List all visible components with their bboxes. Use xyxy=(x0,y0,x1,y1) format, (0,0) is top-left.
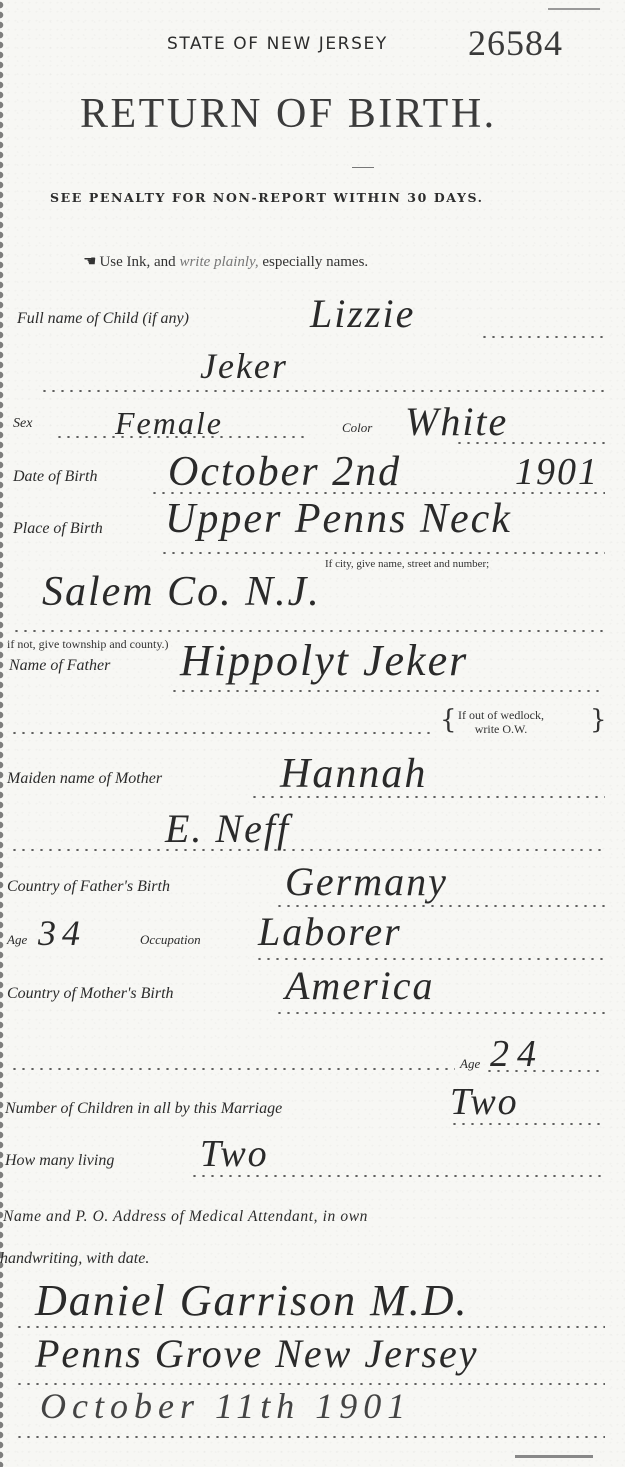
top-rule xyxy=(548,8,600,10)
wedlock-note: If out of wedlock, write O.W. xyxy=(458,708,544,736)
form-title: RETURN OF BIRTH. xyxy=(80,90,497,138)
children-living-value[interactable]: Two xyxy=(200,1132,269,1176)
mother-country-value[interactable]: America xyxy=(285,962,435,1009)
child-name-line xyxy=(480,336,605,338)
birth-return-form: STATE OF NEW JERSEY 26584 RETURN OF BIRT… xyxy=(0,0,625,1467)
father-name-line-2 xyxy=(10,732,435,734)
child-name-last[interactable]: Jeker xyxy=(200,345,288,387)
penalty-notice: SEE PENALTY FOR NON-REPORT WITHIN 30 DAY… xyxy=(50,190,484,205)
township-note: if not, give township and county.) xyxy=(7,637,169,652)
bottom-rule xyxy=(515,1455,593,1458)
occupation-value[interactable]: Laborer xyxy=(258,908,402,955)
date-line xyxy=(15,1436,605,1438)
color-label: Color xyxy=(342,420,372,436)
birth-year-value[interactable]: 1901 xyxy=(515,450,599,494)
children-living-line xyxy=(190,1175,605,1177)
sex-line xyxy=(55,436,305,438)
date-of-birth-value[interactable]: October 2nd xyxy=(168,448,401,496)
mother-age-label: Age xyxy=(460,1056,480,1072)
color-line xyxy=(455,442,605,444)
father-name-value[interactable]: Hippolyt Jeker xyxy=(180,635,468,686)
sex-label: Sex xyxy=(13,416,32,432)
date-of-birth-label: Date of Birth xyxy=(13,468,97,486)
mother-age-line xyxy=(485,1070,605,1072)
ink-instruction: ☛Use Ink, and write plainly, especially … xyxy=(83,252,368,271)
father-country-value[interactable]: Germany xyxy=(285,858,448,905)
father-country-line xyxy=(275,905,605,907)
mother-maiden-name-line2[interactable]: E. Neff xyxy=(165,805,290,852)
brace-left: { xyxy=(440,705,457,735)
mother-country-line xyxy=(275,1012,605,1014)
signature-line xyxy=(15,1326,605,1328)
place-of-birth-line xyxy=(160,552,605,554)
title-divider xyxy=(352,167,374,168)
father-country-label: Country of Father's Birth xyxy=(7,878,170,896)
child-name-label: Full name of Child (if any) xyxy=(17,310,189,328)
children-total-value[interactable]: Two xyxy=(450,1080,519,1124)
mother-maiden-name-label: Maiden name of Mother xyxy=(7,770,162,788)
perforated-edge xyxy=(0,0,7,1467)
mother-name-line-2 xyxy=(10,849,605,851)
color-value[interactable]: White xyxy=(405,398,508,445)
father-age-label: Age xyxy=(7,932,27,948)
place-of-birth-line-2 xyxy=(12,630,605,632)
father-name-label: Name of Father xyxy=(9,657,110,675)
medical-attendant-label-2: handwriting, with date. xyxy=(0,1250,149,1268)
medical-attendant-address[interactable]: Penns Grove New Jersey xyxy=(35,1330,479,1377)
medical-attendant-signature[interactable]: Daniel Garrison M.D. xyxy=(35,1275,469,1326)
place-of-birth-line1[interactable]: Upper Penns Neck xyxy=(165,495,512,543)
child-name-line-2 xyxy=(40,390,605,392)
pointing-hand-icon: ☛ xyxy=(83,252,96,271)
mother-name-line xyxy=(250,796,605,798)
children-total-label: Number of Children in all by this Marria… xyxy=(5,1100,282,1118)
place-of-birth-line2[interactable]: Salem Co. N.J. xyxy=(42,568,321,616)
father-name-line xyxy=(170,690,605,692)
date-of-birth-line xyxy=(150,492,605,494)
city-note: If city, give name, street and number; xyxy=(325,558,489,570)
father-age-value[interactable]: 34 xyxy=(38,912,86,954)
occupation-label: Occupation xyxy=(140,932,201,948)
serial-number: 26584 xyxy=(468,22,563,64)
child-name-first[interactable]: Lizzie xyxy=(310,290,415,337)
children-total-line xyxy=(450,1123,605,1125)
brace-right: } xyxy=(590,705,607,735)
medical-attendant-label-1: Name and P. O. Address of Medical Attend… xyxy=(3,1208,368,1226)
mother-age-line-lead xyxy=(10,1068,455,1070)
mother-maiden-name-line1[interactable]: Hannah xyxy=(280,750,427,798)
place-of-birth-label: Place of Birth xyxy=(13,520,103,538)
children-living-label: How many living xyxy=(5,1152,114,1170)
state-heading: STATE OF NEW JERSEY xyxy=(167,34,388,54)
mother-country-label: Country of Mother's Birth xyxy=(7,985,174,1003)
medical-attendant-date[interactable]: October 11th 1901 xyxy=(40,1385,411,1427)
occupation-line xyxy=(255,958,605,960)
